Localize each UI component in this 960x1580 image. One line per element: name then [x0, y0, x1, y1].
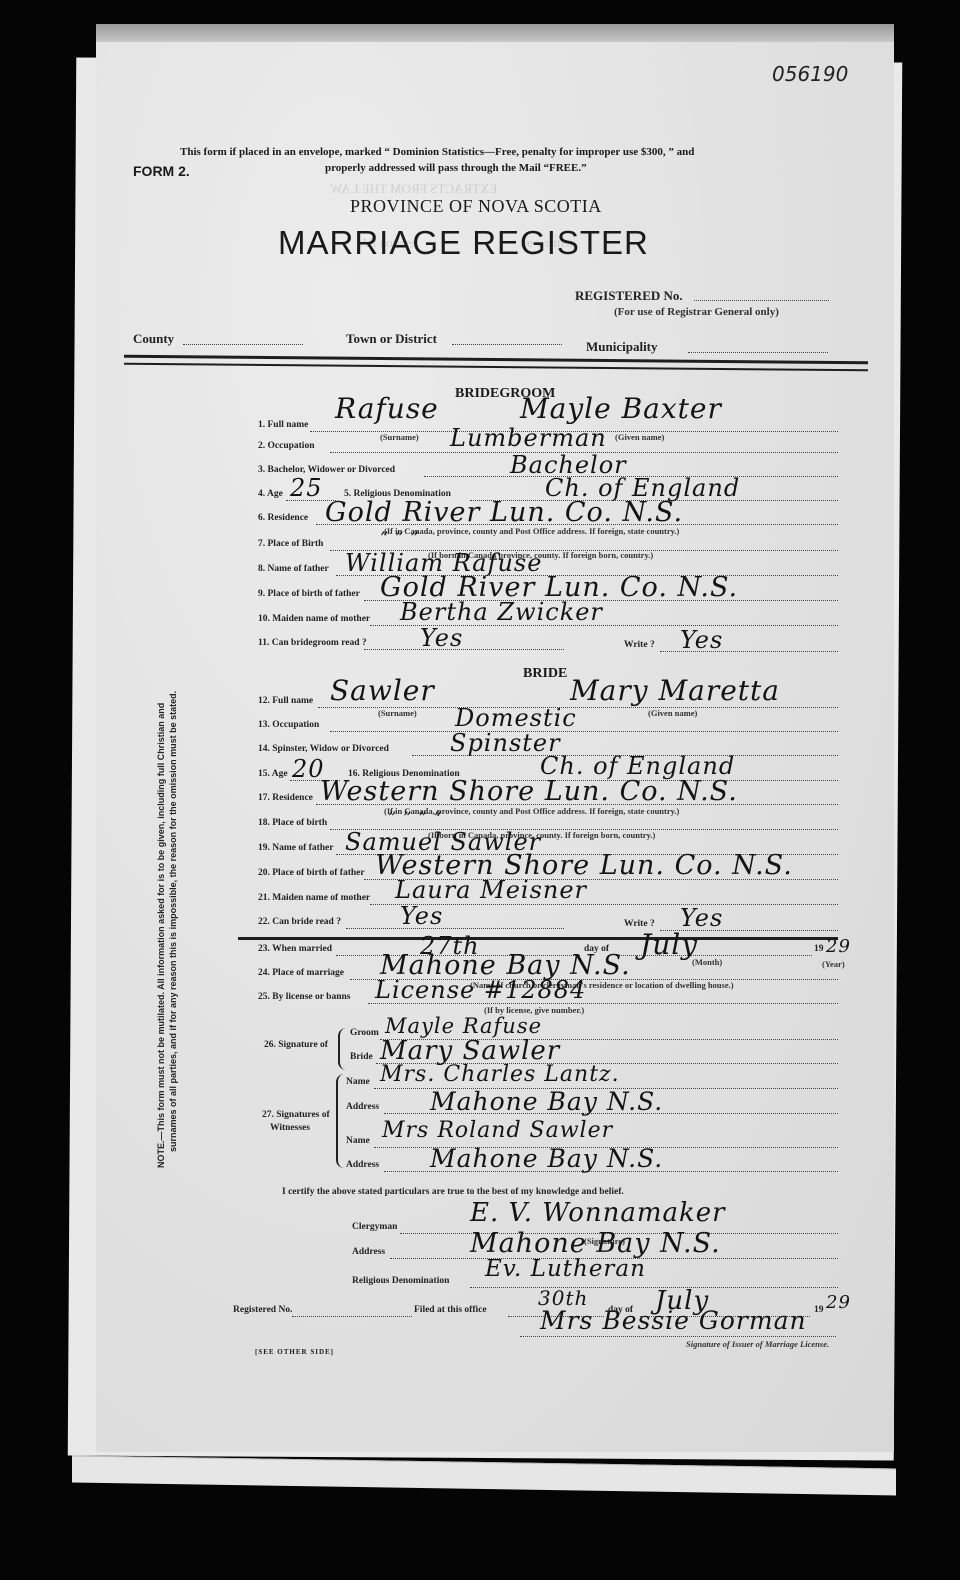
license-value[interactable]: License #12884 [375, 976, 586, 1004]
form-number: FORM 2. [133, 163, 190, 179]
month-hint: (Month) [692, 957, 722, 967]
groom-occupation-value[interactable]: Lumberman [450, 424, 607, 452]
certification-statement: I certify the above stated particulars a… [282, 1187, 624, 1197]
bride-father-birthplace-label: 20. Place of birth of father [258, 868, 365, 878]
witness-1-address-value[interactable]: Mahone Bay N.S. [430, 1087, 663, 1116]
bride-status-label: 14. Spinster, Widow or Divorced [258, 744, 389, 754]
groom-father-label: 8. Name of father [258, 564, 329, 574]
bride-residence-label: 17. Residence [258, 793, 313, 803]
surname-hint: (Surname) [378, 708, 417, 718]
filed-year-value[interactable]: 29 [826, 1292, 851, 1313]
bride-heading: BRIDE [523, 666, 567, 682]
bride-mother-value[interactable]: Laura Meisner [395, 876, 587, 904]
groom-birthplace-value[interactable]: ” ” ” [380, 528, 420, 547]
municipality-label: Municipality [586, 339, 658, 355]
year-prefix: 19 [814, 944, 824, 954]
registered-no-label: REGISTERED No. [575, 288, 683, 304]
groom-age-label: 4. Age [258, 489, 283, 499]
marriage-month-value[interactable]: July [640, 928, 698, 961]
witnesses-label: 27. Signatures of [262, 1110, 330, 1120]
groom-residence-label: 6. Residence [258, 513, 308, 523]
side-note: NOTE.—This form must not be mutilated. A… [155, 691, 179, 1168]
witness-2-name-value[interactable]: Mrs Roland Sawler [382, 1118, 613, 1143]
province-heading: PROVINCE OF NOVA SCOTIA [350, 196, 602, 217]
signature-of-label: 26. Signature of [264, 1040, 328, 1050]
groom-signature-value[interactable]: Mayle Rafuse [385, 1014, 542, 1038]
paper-top-shadow [96, 24, 894, 42]
groom-mother-value[interactable]: Bertha Zwicker [400, 598, 603, 626]
clergyman-denomination-line [470, 1287, 838, 1288]
groom-full-name-label: 1. Full name [258, 420, 308, 430]
surname-hint: (Surname) [380, 432, 419, 442]
residence-hint: (If in Canada, province, county and Post… [384, 526, 679, 536]
mail-notice: This form if placed in an envelope, mark… [180, 146, 694, 158]
witness-1-name-label: Name [346, 1077, 370, 1087]
groom-read-value[interactable]: Yes [420, 624, 463, 652]
see-other-side-note: [SEE OTHER SIDE] [255, 1348, 334, 1356]
signature-brace [338, 1028, 348, 1070]
clergyman-denomination-label: Religious Denomination [352, 1276, 449, 1286]
filed-year-prefix: 19 [814, 1305, 824, 1315]
issuer-label: Signature of Issuer of Marriage License. [686, 1339, 829, 1349]
bride-age-label: 15. Age [258, 769, 288, 779]
side-note-line1: NOTE.—This form must not be mutilated. A… [155, 691, 167, 1168]
groom-status-label: 3. Bachelor, Widower or Divorced [258, 465, 395, 475]
bride-surname-value[interactable]: Sawler [330, 674, 435, 707]
folded-paper-edge [72, 1456, 896, 1496]
witness-1-name-value[interactable]: Mrs. Charles Lantz. [380, 1062, 620, 1087]
groom-age-value[interactable]: 25 [290, 474, 323, 502]
mail-notice-cont: properly addressed will pass through the… [325, 162, 587, 174]
bride-birthplace-value[interactable]: ” ” ” ” [388, 808, 443, 827]
witnesses-brace [336, 1074, 346, 1168]
issuer-signature-value[interactable]: Mrs Bessie Gorman [540, 1306, 807, 1335]
bride-residence-value[interactable]: Western Shore Lun. Co. N.S. [320, 776, 738, 807]
bride-occupation-label: 13. Occupation [258, 720, 319, 730]
groom-residence-value[interactable]: Gold River Lun. Co. N.S. [325, 497, 683, 528]
groom-birthplace-label: 7. Place of Birth [258, 539, 323, 549]
bride-mother-label: 21. Maiden name of mother [258, 893, 370, 903]
bride-given-name-value[interactable]: Mary Maretta [570, 674, 780, 707]
clergyman-signature-value[interactable]: E. V. Wonnamaker [470, 1198, 726, 1228]
side-note-line2: surnames of all parties, and if for any … [167, 691, 179, 1168]
groom-signature-label: Groom [350, 1028, 379, 1038]
groom-occupation-label: 2. Occupation [258, 441, 314, 451]
groom-given-name-value[interactable]: Mayle Baxter [520, 392, 722, 425]
marriage-year-value[interactable]: 29 [826, 936, 851, 957]
given-name-hint: (Given name) [615, 432, 664, 442]
witness-2-address-label: Address [346, 1160, 379, 1170]
bride-read-value[interactable]: Yes [400, 902, 443, 930]
bride-father-label: 19. Name of father [258, 843, 333, 853]
witnesses-label-cont: Witnesses [270, 1123, 310, 1133]
bride-read-label: 22. Can bride read ? [258, 917, 341, 927]
groom-father-birthplace-label: 9. Place of birth of father [258, 589, 360, 599]
bride-signature-label: Bride [350, 1052, 373, 1062]
filed-label: Filed at this office [414, 1305, 487, 1315]
archive-number: 056190 [772, 62, 848, 86]
county-label: County [133, 331, 174, 347]
groom-read-label: 11. Can bridegroom read ? [258, 638, 367, 648]
license-label: 25. By license or banns [258, 992, 350, 1002]
witness-2-name-label: Name [346, 1136, 370, 1146]
filing-registered-no-label: Registered No. [233, 1305, 292, 1315]
town-field[interactable] [452, 344, 562, 345]
town-label: Town or District [346, 331, 437, 347]
groom-surname-value[interactable]: Rafuse [335, 392, 439, 425]
clergyman-address-value[interactable]: Mahone Bay N.S. [470, 1228, 721, 1259]
bride-occupation-line [330, 731, 838, 732]
bride-section-divider [238, 937, 838, 940]
registered-no-note: (For use of Registrar General only) [614, 306, 779, 318]
bride-full-name-label: 12. Full name [258, 696, 313, 706]
witness-2-address-value[interactable]: Mahone Bay N.S. [430, 1144, 663, 1173]
groom-write-value[interactable]: Yes [680, 626, 723, 654]
bride-birthplace-label: 18. Place of birth [258, 818, 327, 828]
filing-registered-no-line[interactable] [292, 1316, 412, 1317]
county-field[interactable] [183, 344, 303, 345]
page-title: MARRIAGE REGISTER [278, 224, 649, 262]
clergyman-address-label: Address [352, 1247, 385, 1257]
when-married-label: 23. When married [258, 944, 332, 954]
given-name-hint: (Given name) [648, 708, 697, 718]
groom-mother-label: 10. Maiden name of mother [258, 614, 370, 624]
bride-read-line [346, 928, 564, 929]
bride-occupation-value[interactable]: Domestic [455, 704, 577, 732]
clergyman-label: Clergyman [352, 1222, 397, 1232]
issuer-signature-line [520, 1336, 836, 1337]
clergyman-denomination-value[interactable]: Ev. Lutheran [485, 1256, 646, 1282]
year-hint: (Year) [822, 959, 845, 969]
place-of-marriage-label: 24. Place of marriage [258, 968, 344, 978]
municipality-field[interactable] [688, 352, 828, 353]
groom-read-line [364, 649, 564, 650]
witness-1-address-label: Address [346, 1102, 379, 1112]
registered-no-field[interactable] [694, 300, 829, 301]
groom-write-label: Write ? [624, 640, 655, 650]
